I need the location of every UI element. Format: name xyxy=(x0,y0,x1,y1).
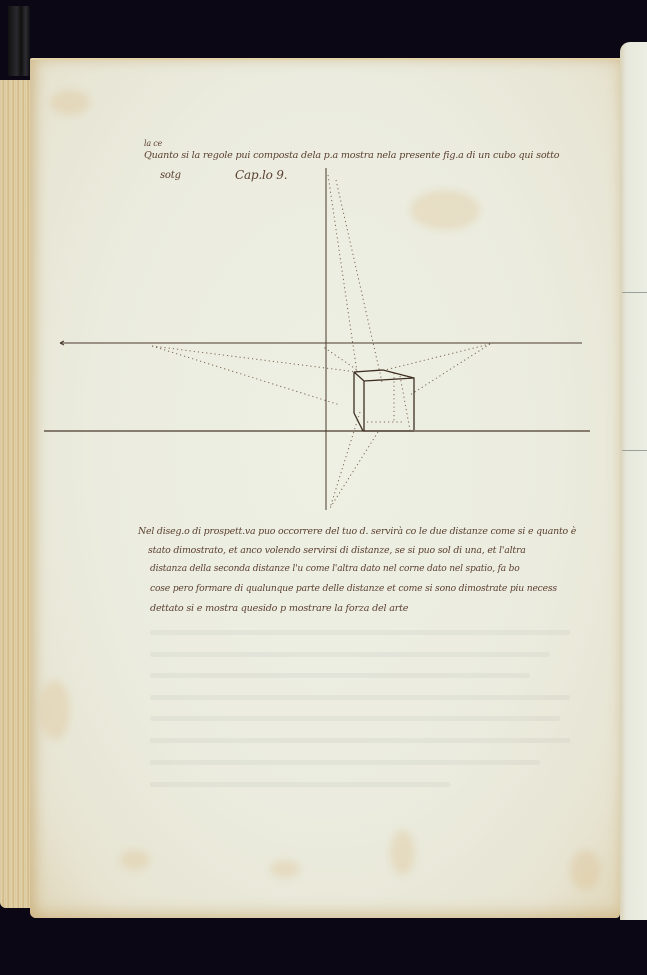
perspective-diagram xyxy=(0,0,647,975)
body-line-4: cose pero formare di qualunque parte del… xyxy=(150,583,557,594)
body-line-2: stato dimostrato, et anco volendo servir… xyxy=(148,545,526,556)
body-line-3: distanza della seconda distanze l'u come… xyxy=(150,564,520,574)
body-line-5: dettato si e mostra quesido p mostrare l… xyxy=(150,603,408,614)
projection-lines xyxy=(152,175,490,508)
manuscript-viewer: la ce Quanto si la regole pui composta d… xyxy=(0,0,647,975)
body-line-1: Nel diseg.o di prospett.va puo occorrere… xyxy=(138,526,576,537)
